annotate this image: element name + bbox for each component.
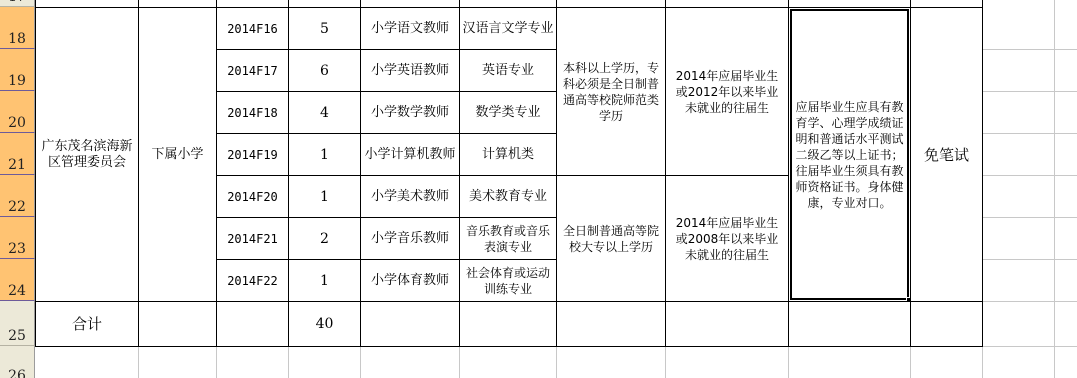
- cell-r25[interactable]: [665, 301, 789, 347]
- major-cell[interactable]: 音乐教育或音乐表演专业: [459, 217, 557, 260]
- cell-r25[interactable]: [556, 301, 666, 347]
- gridline: [360, 346, 361, 378]
- cell-r25[interactable]: [138, 301, 217, 347]
- position-code-cell[interactable]: 2014F18: [216, 91, 289, 134]
- position-code-cell[interactable]: 2014F16: [216, 7, 289, 50]
- major-cell[interactable]: 汉语言文学专业: [459, 7, 557, 50]
- total-label-cell[interactable]: 合计: [35, 301, 139, 347]
- gridline: [982, 49, 1077, 50]
- position-code-cell[interactable]: 2014F21: [216, 217, 289, 260]
- row-header-26[interactable]: 26: [0, 346, 35, 378]
- major-cell[interactable]: 数学类专业: [459, 91, 557, 134]
- gridline: [982, 91, 1077, 92]
- gridline: [982, 217, 1077, 218]
- graduate-scope-cell[interactable]: 2014年应届毕业生或2012年以来毕业未就业的往届生: [665, 7, 789, 176]
- position-name-cell[interactable]: 小学英语教师: [360, 49, 460, 92]
- headcount-cell[interactable]: 1: [288, 175, 361, 218]
- education-requirement-cell[interactable]: 本科以上学历，专科必须是全日制普通高等校院师范类学历: [556, 7, 666, 176]
- major-cell[interactable]: 美术教育专业: [459, 175, 557, 218]
- other-requirements-cell[interactable]: 应届毕业生应具有教育学、心理学成绩证明和普通话水平测试二级乙等以上证书；往届毕业…: [788, 7, 911, 302]
- position-code-cell[interactable]: 2014F19: [216, 133, 289, 176]
- position-name-cell[interactable]: 小学音乐教师: [360, 217, 460, 260]
- position-name-cell[interactable]: 小学数学教师: [360, 91, 460, 134]
- row-header-18[interactable]: 18: [0, 7, 35, 49]
- headcount-cell[interactable]: 5: [288, 7, 361, 50]
- major-cell[interactable]: 社会体育或运动训练专业: [459, 259, 557, 302]
- headcount-cell[interactable]: 2: [288, 217, 361, 260]
- position-name-cell[interactable]: 小学语文教师: [360, 7, 460, 50]
- row-header-22[interactable]: 22: [0, 175, 35, 217]
- row-header-19[interactable]: 19: [0, 49, 35, 91]
- exam-method-cell[interactable]: 免笔试: [910, 7, 983, 302]
- row-header-24[interactable]: 24: [0, 259, 35, 301]
- gridline: [138, 346, 139, 378]
- gridline: [1054, 0, 1055, 378]
- headcount-cell[interactable]: 4: [288, 91, 361, 134]
- unit-cell[interactable]: 广东茂名滨海新区管理委员会: [35, 7, 139, 302]
- cell-r25[interactable]: [459, 301, 557, 347]
- row-header-17[interactable]: 17: [0, 0, 35, 7]
- major-cell[interactable]: 计算机类: [459, 133, 557, 176]
- major-cell[interactable]: 英语专业: [459, 49, 557, 92]
- position-code-cell[interactable]: 2014F17: [216, 49, 289, 92]
- graduate-scope-cell[interactable]: 2014年应届毕业生或2008年以来毕业未就业的往届生: [665, 175, 789, 302]
- total-count-cell[interactable]: 40: [288, 301, 361, 347]
- cell-r25[interactable]: [910, 301, 983, 347]
- gridline: [982, 346, 1077, 347]
- education-requirement-cell[interactable]: 全日制普通高等院校大专以上学历: [556, 175, 666, 302]
- gridline: [982, 133, 1077, 134]
- headcount-cell[interactable]: 1: [288, 259, 361, 302]
- row-header-20[interactable]: 20: [0, 91, 35, 133]
- row-header-25[interactable]: 25: [0, 301, 35, 346]
- gridline: [556, 346, 557, 378]
- position-code-cell[interactable]: 2014F22: [216, 259, 289, 302]
- cell-r25[interactable]: [216, 301, 289, 347]
- headcount-cell[interactable]: 1: [288, 133, 361, 176]
- gridline: [788, 346, 789, 378]
- position-name-cell[interactable]: 小学计算机教师: [360, 133, 460, 176]
- position-name-cell[interactable]: 小学美术教师: [360, 175, 460, 218]
- gridline: [982, 259, 1077, 260]
- gridline: [982, 175, 1077, 176]
- gridline: [288, 346, 289, 378]
- gridline: [910, 346, 911, 378]
- spreadsheet: 17 18 19 20 21 22 23 24 25 26 广东茂名滨海新区管理…: [0, 0, 1077, 378]
- row-header-23[interactable]: 23: [0, 217, 35, 259]
- gridline: [216, 346, 217, 378]
- gridline: [982, 301, 1077, 302]
- row-header-21[interactable]: 21: [0, 133, 35, 175]
- position-code-cell[interactable]: 2014F20: [216, 175, 289, 218]
- headcount-cell[interactable]: 6: [288, 49, 361, 92]
- gridline: [665, 346, 666, 378]
- position-name-cell[interactable]: 小学体育教师: [360, 259, 460, 302]
- department-cell[interactable]: 下属小学: [138, 7, 217, 302]
- cell-r25[interactable]: [788, 301, 911, 347]
- gridline: [459, 346, 460, 378]
- cell-r25[interactable]: [360, 301, 460, 347]
